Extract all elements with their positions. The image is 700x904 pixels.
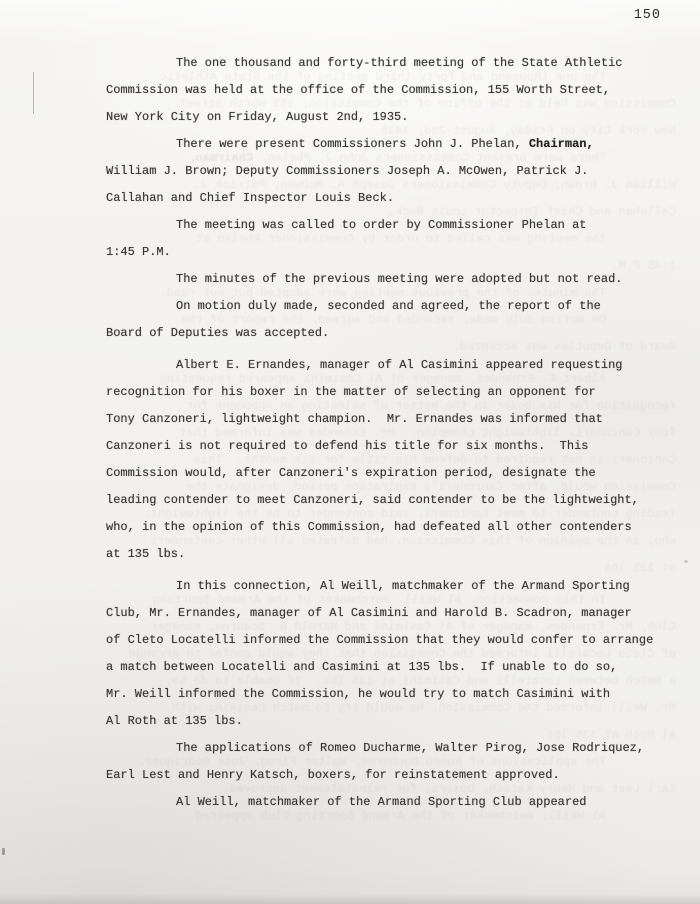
page-number: 150 — [634, 8, 661, 23]
text-line: at 135 lbs. — [106, 541, 681, 568]
document-body: The one thousand and forty-third meeting… — [106, 50, 681, 816]
text-line: The one thousand and forty-third meeting… — [106, 50, 681, 77]
text-line: recognition for his boxer in the matter … — [106, 379, 681, 406]
paragraph: The applications of Romeo Ducharme, Walt… — [106, 735, 681, 789]
paragraph: On motion duly made, seconded and agreed… — [106, 293, 681, 347]
text-line: Commission would, after Canzoneri's expi… — [106, 460, 681, 487]
text-line: On motion duly made, seconded and agreed… — [106, 293, 681, 320]
paragraph: There were present Commissioners John J.… — [106, 131, 681, 212]
text-line: Club, Mr. Ernandes, manager of Al Casimi… — [106, 600, 681, 627]
scan-artifact-speck — [2, 848, 5, 855]
text-line: New York City on Friday, August 2nd, 193… — [106, 104, 681, 131]
text-line: who, in the opinion of this Commission, … — [106, 514, 681, 541]
paragraph: The meeting was called to order by Commi… — [106, 212, 681, 266]
paragraph: Albert E. Ernandes, manager of Al Casimi… — [106, 352, 681, 568]
text-line: The applications of Romeo Ducharme, Walt… — [106, 735, 681, 762]
text-line: William J. Brown; Deputy Commissioners J… — [106, 158, 681, 185]
text-line: Albert E. Ernandes, manager of Al Casimi… — [106, 352, 681, 379]
text-line: The minutes of the previous meeting were… — [106, 266, 681, 293]
text-line: a match between Locatelli and Casimini a… — [106, 654, 681, 681]
text-line: Al Roth at 135 lbs. — [106, 708, 681, 735]
text-line: Tony Canzoneri, lightweight champion. Mr… — [106, 406, 681, 433]
paragraph: The minutes of the previous meeting were… — [106, 266, 681, 293]
text-line: Earl Lest and Henry Katsch, boxers, for … — [106, 762, 681, 789]
paragraph: Al Weill, matchmaker of the Armand Sport… — [106, 789, 681, 816]
text-line: There were present Commissioners John J.… — [106, 131, 681, 158]
paper-bottom-edge — [0, 894, 700, 904]
text-line: Commission was held at the office of the… — [106, 77, 681, 104]
paragraph: In this connection, Al Weill, matchmaker… — [106, 573, 681, 735]
text-line: The meeting was called to order by Commi… — [106, 212, 681, 239]
scan-artifact-speck — [684, 560, 688, 563]
text-line: Canzoneri is not required to defend his … — [106, 433, 681, 460]
text-line: Mr. Weill informed the Commission, he wo… — [106, 681, 681, 708]
paragraph: The one thousand and forty-third meeting… — [106, 50, 681, 131]
scan-artifact-line — [33, 72, 34, 114]
text-line: leading contender to meet Canzoneri, sai… — [106, 487, 681, 514]
text-line: of Cleto Locatelli informed the Commissi… — [106, 627, 681, 654]
text-line: 1:45 P.M. — [106, 239, 681, 266]
text-line: Al Weill, matchmaker of the Armand Sport… — [106, 789, 681, 816]
text-line: In this connection, Al Weill, matchmaker… — [106, 573, 681, 600]
document-page: { "page": { "number": "150" }, "colors":… — [0, 0, 700, 904]
text-line: Callahan and Chief Inspector Louis Beck. — [106, 185, 681, 212]
text-line: Board of Deputies was accepted. — [106, 320, 681, 347]
